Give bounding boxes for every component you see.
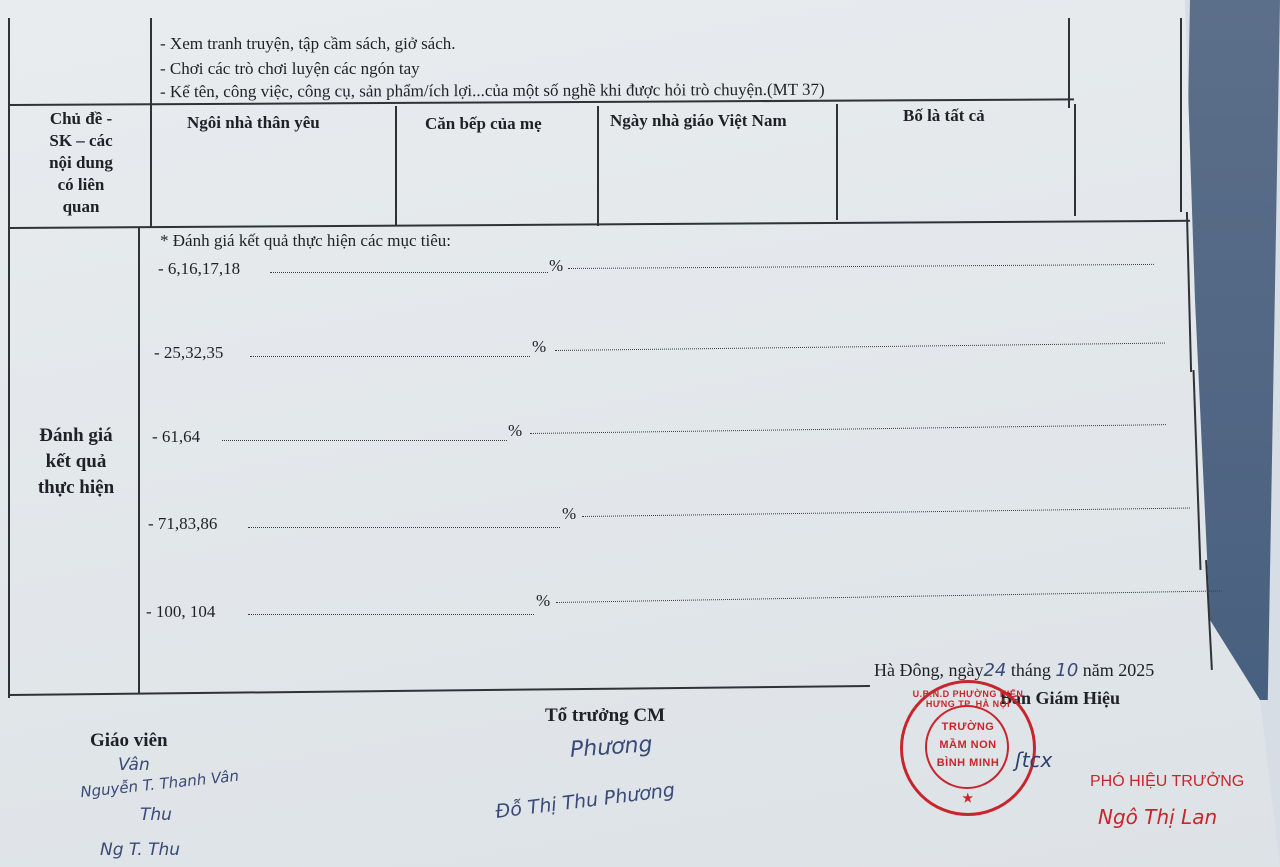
goal-label: - 6,16,17,18 xyxy=(158,260,240,277)
topic-4: Bố là tất cả xyxy=(903,107,985,124)
activity-line: - Kể tên, công việc, công cụ, sản phẩm/í… xyxy=(160,81,825,100)
fill-in-field[interactable] xyxy=(250,356,530,357)
board-name: Ngô Thị Lan xyxy=(1098,805,1217,829)
head-cm-title: Tổ trưởng CM xyxy=(545,706,665,725)
percent-sign: % xyxy=(536,592,550,609)
board-signature: ʃtcx xyxy=(1015,748,1052,772)
table-line xyxy=(8,18,10,698)
fill-in-field[interactable] xyxy=(248,614,534,615)
topic-row-label: Chủ đề - SK – các nội dung có liên quan xyxy=(12,108,150,218)
fill-in-field[interactable] xyxy=(270,272,548,273)
teacher-signature: Thu xyxy=(140,805,172,825)
table-line xyxy=(395,106,397,226)
topic-1: Ngôi nhà thân yêu xyxy=(187,114,320,131)
table-line xyxy=(1068,18,1070,108)
table-line xyxy=(836,104,838,220)
activity-line: - Chơi các trò chơi luyện các ngón tay xyxy=(160,60,420,77)
teacher-signature: Vân xyxy=(118,755,150,775)
fill-in-field[interactable] xyxy=(222,440,507,441)
fill-in-field[interactable] xyxy=(248,527,560,528)
activity-line: - Xem tranh truyện, tập cầm sách, giở sá… xyxy=(160,35,456,52)
percent-sign: % xyxy=(562,505,576,522)
goal-label: - 100, 104 xyxy=(146,603,215,620)
evaluation-row-label: Đánh giá kết quả thực hiện xyxy=(12,423,140,501)
table-line xyxy=(597,106,599,226)
percent-sign: % xyxy=(508,422,522,439)
table-line xyxy=(1180,18,1182,212)
table-line xyxy=(150,18,152,228)
teacher-title: Giáo viên xyxy=(90,731,168,750)
topic-3: Ngày nhà giáo Việt Nam xyxy=(610,112,787,129)
goal-label: - 25,32,35 xyxy=(154,344,223,361)
table-line xyxy=(1074,104,1076,216)
board-role: PHÓ HIỆU TRƯỞNG xyxy=(1090,774,1244,790)
percent-sign: % xyxy=(532,338,546,355)
goal-label: - 61,64 xyxy=(152,428,200,445)
date-line: Hà Đông, ngày24 tháng 10 năm 2025 xyxy=(874,661,1154,680)
evaluation-heading: * Đánh giá kết quả thực hiện các mục tiê… xyxy=(160,232,451,249)
percent-sign: % xyxy=(549,257,563,274)
teacher-name: Ng T. Thu xyxy=(100,840,180,860)
topic-2: Căn bếp của mẹ xyxy=(425,115,542,132)
goal-label: - 71,83,86 xyxy=(148,515,217,532)
